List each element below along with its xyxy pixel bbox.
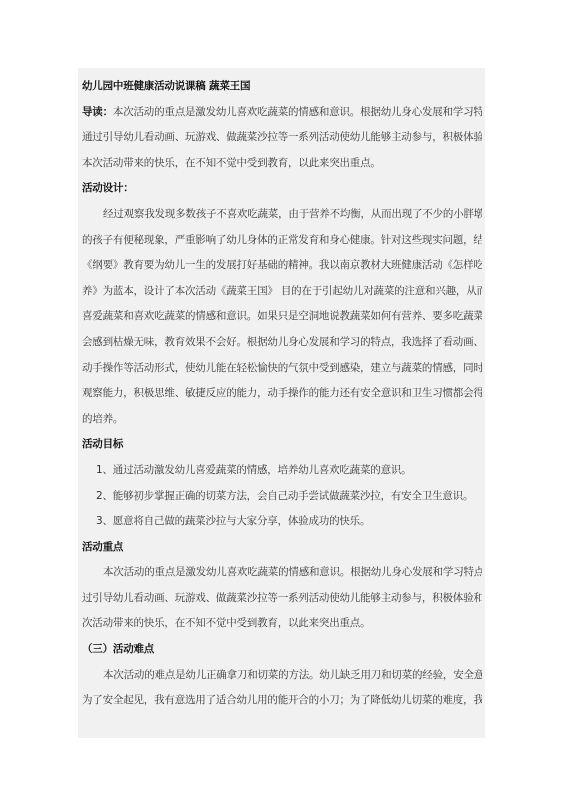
- goals-heading: 活动目标: [82, 432, 482, 458]
- design-line-8: 观察能力，积极思维、敏捷反应的能力，动手操作的能力还有安全意识和卫生习惯都会得到…: [82, 381, 482, 407]
- design-heading: 活动设计：: [82, 176, 482, 202]
- focus-line-2: 过引导幼儿看动画、玩游戏、做蔬菜沙拉等一系列活动使幼儿能够主动参与，积极体验和感…: [82, 586, 482, 612]
- design-line-6: 会感到枯燥无味，教育效果不会好。根据幼儿身心发展和学习的特点，我选择了看动画、做…: [82, 330, 482, 356]
- document-content: 幼儿园中班健康活动说课稿 蔬菜王国 导读：本次活动的重点是激发幼儿喜欢吃蔬菜的情…: [82, 74, 482, 714]
- goal-item-2: 2、能够初步掌握正确的切菜方法，会自己动手尝试做蔬菜沙拉，有安全卫生意识。: [82, 484, 482, 510]
- document-page: 幼儿园中班健康活动说课稿 蔬菜王国 导读：本次活动的重点是激发幼儿喜欢吃蔬菜的情…: [78, 68, 485, 738]
- design-line-7: 动手操作等活动形式，使幼儿能在轻松愉快的气氛中受到感染，建立与蔬菜的情感，同时其…: [82, 356, 482, 382]
- design-line-4: 养》为蓝本，设计了本次活动《蔬菜王国》 目的在于引起幼儿对蔬菜的注意和兴趣，从而…: [82, 279, 482, 305]
- goal-item-3: 3、愿意将自己做的蔬菜沙拉与大家分享，体验成功的快乐。: [82, 509, 482, 535]
- intro-text: 本次活动的重点是激发幼儿喜欢吃蔬菜的情感和意识。根据幼儿身心发展和学习特点，我: [113, 106, 482, 118]
- design-line-3: 《纲要》教育要为幼儿一生的发展打好基础的精神。我以南京教材大班健康活动《怎样吃最…: [82, 253, 482, 279]
- focus-line-1: 本次活动的重点是激发幼儿喜欢吃蔬菜的情感和意识。根据幼儿身心发展和学习特点，我通: [82, 560, 482, 586]
- difficulty-line-1: 本次活动的难点是幼儿正确拿刀和切菜的方法。幼儿缺乏用刀和切菜的经验，安全意识差，: [82, 663, 482, 689]
- intro-line-3: 本次活动带来的快乐，在不知不觉中受到教育，以此来突出重点。: [82, 151, 482, 177]
- design-line-9: 的培养。: [82, 407, 482, 433]
- document-title: 幼儿园中班健康活动说课稿 蔬菜王国: [82, 74, 482, 100]
- design-line-2: 的孩子有便秘现象，严重影响了幼儿身体的正常发育和身心健康。针对这些现实问题，结合…: [82, 228, 482, 254]
- focus-line-3: 次活动带来的快乐，在不知不觉中受到教育，以此来突出重点。: [82, 611, 482, 637]
- intro-label: 导读：: [82, 106, 113, 118]
- goal-item-1: 1、通过活动激发幼儿喜爱蔬菜的情感，培养幼儿喜欢吃蔬菜的意识。: [82, 458, 482, 484]
- difficulty-line-2: 为了安全起见，我有意选用了适合幼儿用的能开合的小刀；为了降低幼儿切菜的难度，我把…: [82, 688, 482, 714]
- design-line-5: 喜爱蔬菜和喜欢吃蔬菜的情感和意识。如果只是空洞地说教蔬菜如何有营养、要多吃蔬菜，…: [82, 304, 482, 330]
- intro-line-2: 通过引导幼儿看动画、玩游戏、做蔬菜沙拉等一系列活动使幼儿能够主动参与，积极体验和…: [82, 125, 482, 151]
- focus-heading: 活动重点: [82, 535, 482, 561]
- difficulty-heading: （三）活动难点: [82, 637, 482, 663]
- design-line-1: 经过观察我发现多数孩子不喜欢吃蔬菜，由于营养不均衡，从而出现了不少的小胖墩，还有: [82, 202, 482, 228]
- intro-line-1: 导读：本次活动的重点是激发幼儿喜欢吃蔬菜的情感和意识。根据幼儿身心发展和学习特点…: [82, 100, 482, 126]
